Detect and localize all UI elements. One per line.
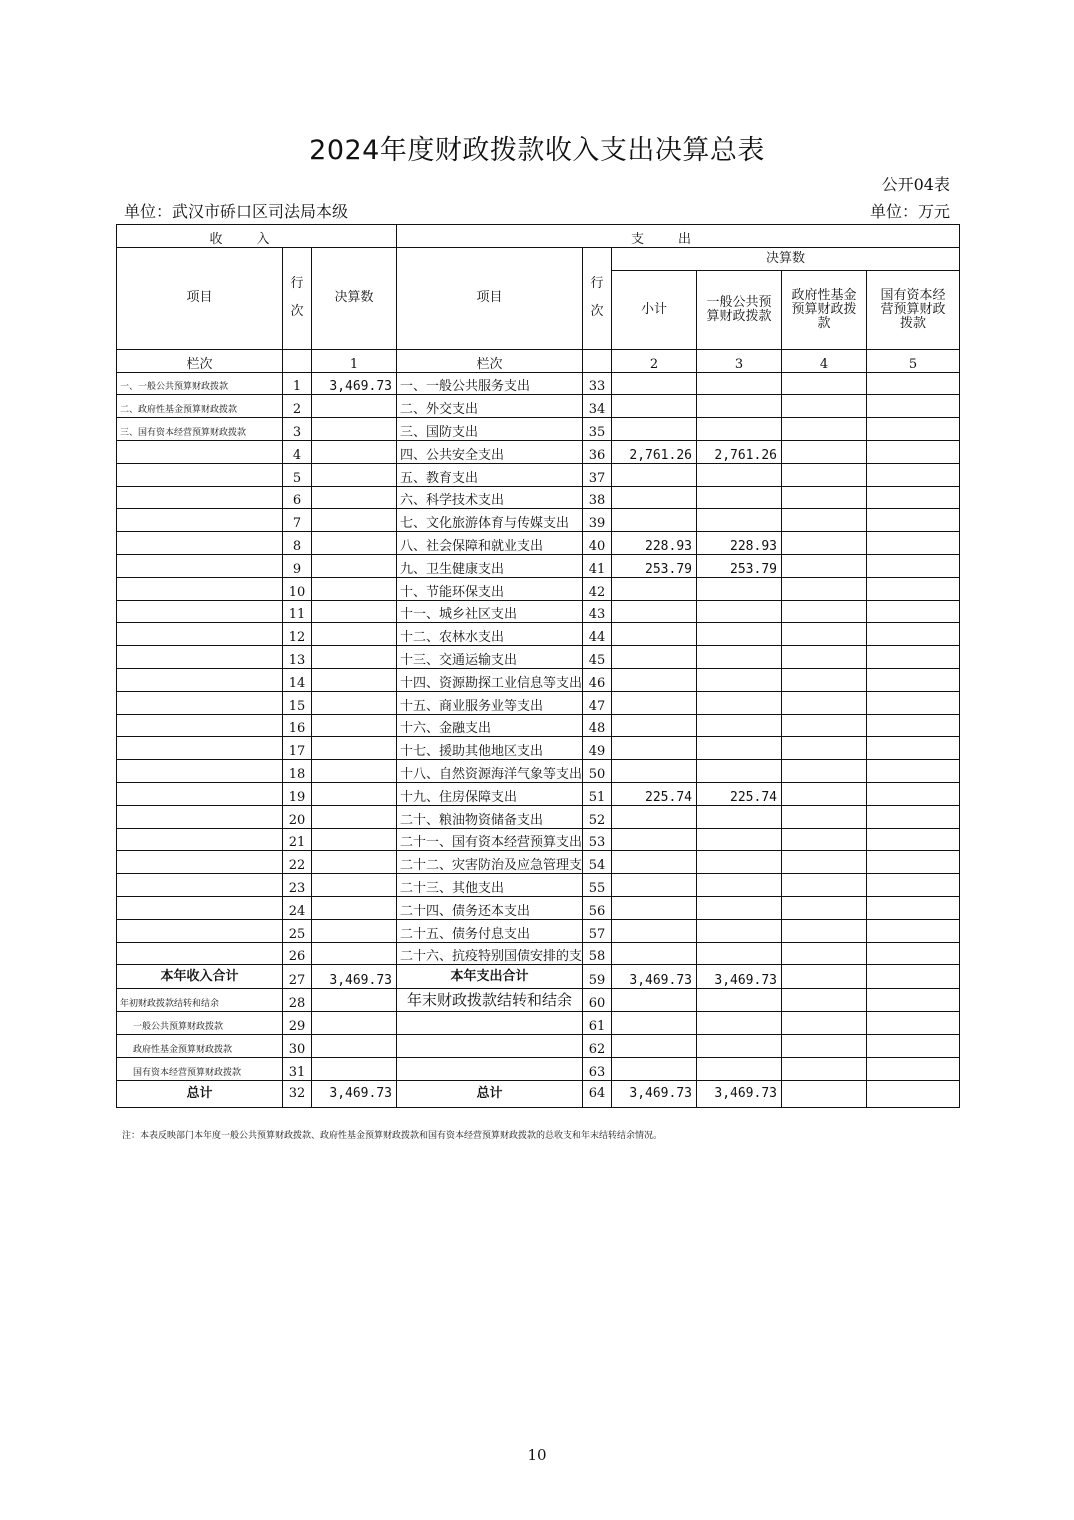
- general-public-cell: [697, 623, 782, 646]
- table-row: 18十八、自然资源海洋气象等支出50: [117, 760, 960, 783]
- income-row-no-cell: 16: [283, 714, 312, 737]
- income-amount-cell: [312, 1034, 397, 1057]
- state-capital-cell: [867, 942, 960, 965]
- expense-item-cell: 二十五、债务付息支出: [397, 919, 583, 942]
- gov-fund-cell: [782, 554, 867, 577]
- gov-fund-cell: [782, 1080, 867, 1107]
- table-row: 5五、教育支出37: [117, 463, 960, 486]
- gov-fund-header: 政府性基金预算财政拨款: [782, 270, 867, 349]
- gov-fund-cell: [782, 828, 867, 851]
- gov-fund-cell: [782, 942, 867, 965]
- income-row-no-cell: 13: [283, 646, 312, 669]
- table-row: 7七、文化旅游体育与传媒支出39: [117, 509, 960, 532]
- general-public-cell: [697, 874, 782, 897]
- general-public-cell: 228.93: [697, 532, 782, 555]
- income-row-no-cell: 30: [283, 1034, 312, 1057]
- table-row: 一、一般公共预算财政拨款13,469.73一、一般公共服务支出33: [117, 372, 960, 395]
- income-row-no-cell: 2: [283, 395, 312, 418]
- income-row-no-cell: 6: [283, 486, 312, 509]
- general-public-cell: [697, 1057, 782, 1080]
- state-capital-cell: [867, 509, 960, 532]
- expense-item-cell: 二十三、其他支出: [397, 874, 583, 897]
- state-capital-cell: [867, 965, 960, 989]
- table-row: 总计323,469.73总计643,469.733,469.73: [117, 1080, 960, 1107]
- expense-row-no-cell: 58: [583, 942, 612, 965]
- subtotal-cell: [612, 395, 697, 418]
- income-row-no-cell: 23: [283, 874, 312, 897]
- expense-row-no-cell: 43: [583, 600, 612, 623]
- expense-row-no-cell: 35: [583, 418, 612, 441]
- income-item-cell: [117, 851, 283, 874]
- income-item-cell: 一、一般公共预算财政拨款: [117, 372, 283, 395]
- expense-row-no-cell: 48: [583, 714, 612, 737]
- general-public-cell: [697, 668, 782, 691]
- income-row-no-cell: 7: [283, 509, 312, 532]
- expense-row-no-cell: 38: [583, 486, 612, 509]
- table-row: 19十九、住房保障支出51225.74225.74: [117, 782, 960, 805]
- gov-fund-cell: [782, 486, 867, 509]
- income-item-cell: [117, 577, 283, 600]
- expense-row-no-cell: 62: [583, 1034, 612, 1057]
- income-row-no-cell: 22: [283, 851, 312, 874]
- income-section-header: 收入: [117, 225, 397, 248]
- income-item-cell: [117, 919, 283, 942]
- income-amount-cell: [312, 782, 397, 805]
- subtotal-cell: [612, 942, 697, 965]
- state-capital-cell: [867, 989, 960, 1012]
- income-amount-cell: [312, 737, 397, 760]
- general-public-cell: [697, 805, 782, 828]
- subtotal-cell: [612, 989, 697, 1012]
- expense-row-no-cell: 64: [583, 1080, 612, 1107]
- expense-item-cell: 七、文化旅游体育与传媒支出: [397, 509, 583, 532]
- general-public-cell: [697, 577, 782, 600]
- general-public-cell: [697, 942, 782, 965]
- expense-item-cell: [397, 1057, 583, 1080]
- expense-item-cell: 年末财政拨款结转和结余: [397, 989, 583, 1012]
- column-label: 栏次: [117, 349, 283, 372]
- subtotal-cell: [612, 1057, 697, 1080]
- income-item-cell: [117, 782, 283, 805]
- expense-row-no-cell: 60: [583, 989, 612, 1012]
- subtotal-cell: [612, 486, 697, 509]
- table-row: 11十一、城乡社区支出43: [117, 600, 960, 623]
- subtotal-cell: [612, 668, 697, 691]
- table-row: 14十四、资源勘探工业信息等支出46: [117, 668, 960, 691]
- expense-item-cell: 十三、交通运输支出: [397, 646, 583, 669]
- subtotal-cell: 225.74: [612, 782, 697, 805]
- table-row: 24二十四、债务还本支出56: [117, 896, 960, 919]
- income-amount-cell: [312, 486, 397, 509]
- column-number: 4: [782, 349, 867, 372]
- income-item-cell: [117, 760, 283, 783]
- gov-fund-cell: [782, 532, 867, 555]
- income-item-cell: [117, 509, 283, 532]
- income-amount-cell: [312, 942, 397, 965]
- expense-item-cell: 四、公共安全支出: [397, 440, 583, 463]
- subtotal-cell: [612, 919, 697, 942]
- expense-row-no-cell: 34: [583, 395, 612, 418]
- expense-row-no-cell: 37: [583, 463, 612, 486]
- general-public-cell: [697, 509, 782, 532]
- subtotal-cell: [612, 805, 697, 828]
- expense-row-no-cell: 61: [583, 1012, 612, 1035]
- income-item-cell: 政府性基金预算财政拨款: [117, 1034, 283, 1057]
- expense-item-cell: 九、卫生健康支出: [397, 554, 583, 577]
- expense-row-no-cell: 50: [583, 760, 612, 783]
- general-public-cell: [697, 737, 782, 760]
- expense-item-cell: 二、外交支出: [397, 395, 583, 418]
- expense-item-cell: 二十四、债务还本支出: [397, 896, 583, 919]
- gov-fund-cell: [782, 509, 867, 532]
- expense-row-no-cell: 36: [583, 440, 612, 463]
- income-row-no-cell: 24: [283, 896, 312, 919]
- state-capital-cell: [867, 1012, 960, 1035]
- table-note: 注：本表反映部门本年度一般公共预算财政拨款、政府性基金预算财政拨款和国有资本经营…: [122, 1128, 662, 1141]
- expense-row-no-cell: 51: [583, 782, 612, 805]
- general-public-cell: [697, 1012, 782, 1035]
- state-capital-cell: [867, 646, 960, 669]
- table-row: 20二十、粮油物资储备支出52: [117, 805, 960, 828]
- state-capital-cell: [867, 372, 960, 395]
- subtotal-cell: [612, 691, 697, 714]
- general-public-cell: 2,761.26: [697, 440, 782, 463]
- income-amount-cell: [312, 623, 397, 646]
- expense-item-cell: 十九、住房保障支出: [397, 782, 583, 805]
- income-item-cell: [117, 737, 283, 760]
- income-amount-cell: [312, 989, 397, 1012]
- state-capital-cell: [867, 440, 960, 463]
- general-public-cell: [697, 418, 782, 441]
- expense-item-cell: 三、国防支出: [397, 418, 583, 441]
- expense-row-no-cell: 59: [583, 965, 612, 989]
- gov-fund-cell: [782, 1034, 867, 1057]
- expense-row-no-header: 行次: [583, 247, 612, 349]
- state-capital-cell: [867, 463, 960, 486]
- gov-fund-cell: [782, 782, 867, 805]
- subtotal-cell: [612, 600, 697, 623]
- general-public-cell: [697, 828, 782, 851]
- income-amount-cell: 3,469.73: [312, 965, 397, 989]
- state-capital-cell: [867, 737, 960, 760]
- state-capital-cell: [867, 395, 960, 418]
- subtotal-cell: [612, 418, 697, 441]
- gov-fund-cell: [782, 1057, 867, 1080]
- income-item-cell: [117, 532, 283, 555]
- column-label: 栏次: [397, 349, 583, 372]
- income-amount-cell: [312, 760, 397, 783]
- income-amount-cell: [312, 851, 397, 874]
- subtotal-cell: [612, 1034, 697, 1057]
- general-public-cell: [697, 896, 782, 919]
- income-row-no-cell: 27: [283, 965, 312, 989]
- state-capital-cell: [867, 532, 960, 555]
- expense-item-cell: 十一、城乡社区支出: [397, 600, 583, 623]
- expense-row-no-cell: 55: [583, 874, 612, 897]
- table-row: 6六、科学技术支出38: [117, 486, 960, 509]
- income-row-no-cell: 21: [283, 828, 312, 851]
- expense-row-no-cell: 53: [583, 828, 612, 851]
- gov-fund-cell: [782, 668, 867, 691]
- expense-item-cell: 本年支出合计: [397, 965, 583, 989]
- income-row-no-cell: 29: [283, 1012, 312, 1035]
- column-number: 5: [867, 349, 960, 372]
- state-capital-cell: [867, 1080, 960, 1107]
- subtotal-cell: [612, 372, 697, 395]
- general-public-cell: [697, 372, 782, 395]
- state-capital-cell: [867, 486, 960, 509]
- income-amount-cell: 3,469.73: [312, 372, 397, 395]
- income-amount-header: 决算数: [312, 247, 397, 349]
- income-amount-cell: [312, 577, 397, 600]
- income-row-no-cell: 28: [283, 989, 312, 1012]
- gov-fund-cell: [782, 874, 867, 897]
- subtotal-cell: [612, 623, 697, 646]
- subtotal-cell: [612, 577, 697, 600]
- income-item-cell: 年初财政拨款结转和结余: [117, 989, 283, 1012]
- income-amount-cell: [312, 874, 397, 897]
- income-amount-cell: [312, 646, 397, 669]
- expense-row-no-cell: 47: [583, 691, 612, 714]
- state-capital-cell: [867, 782, 960, 805]
- table-row: 16十六、金融支出48: [117, 714, 960, 737]
- expense-row-no-cell: 40: [583, 532, 612, 555]
- gov-fund-cell: [782, 965, 867, 989]
- expense-item-cell: 八、社会保障和就业支出: [397, 532, 583, 555]
- expense-row-no-cell: 49: [583, 737, 612, 760]
- reporting-unit: 单位：武汉市硚口区司法局本级: [124, 199, 348, 222]
- table-row: 12十二、农林水支出44: [117, 623, 960, 646]
- state-capital-cell: [867, 1057, 960, 1080]
- income-item-cell: [117, 463, 283, 486]
- income-row-no-cell: 10: [283, 577, 312, 600]
- expense-item-cell: 十五、商业服务业等支出: [397, 691, 583, 714]
- income-item-header: 项目: [117, 247, 283, 349]
- income-amount-cell: [312, 828, 397, 851]
- expense-row-no-cell: 57: [583, 919, 612, 942]
- state-capital-cell: [867, 691, 960, 714]
- subtotal-cell: [612, 714, 697, 737]
- income-item-cell: [117, 691, 283, 714]
- expense-item-cell: 五、教育支出: [397, 463, 583, 486]
- expense-row-no-cell: 56: [583, 896, 612, 919]
- subtotal-cell: [612, 1012, 697, 1035]
- income-item-cell: [117, 554, 283, 577]
- income-row-no-cell: 18: [283, 760, 312, 783]
- table-row: 4四、公共安全支出362,761.262,761.26: [117, 440, 960, 463]
- income-amount-cell: [312, 440, 397, 463]
- table-row: 国有资本经营预算财政拨款3163: [117, 1057, 960, 1080]
- income-item-cell: [117, 668, 283, 691]
- empty-cell: [583, 349, 612, 372]
- subtotal-cell: [612, 737, 697, 760]
- income-amount-cell: [312, 919, 397, 942]
- income-row-no-cell: 12: [283, 623, 312, 646]
- income-amount-cell: [312, 805, 397, 828]
- general-public-cell: [697, 714, 782, 737]
- expense-row-no-cell: 52: [583, 805, 612, 828]
- state-capital-cell: [867, 760, 960, 783]
- gov-fund-cell: [782, 714, 867, 737]
- subtotal-cell: 228.93: [612, 532, 697, 555]
- general-public-cell: [697, 395, 782, 418]
- expense-item-cell: 十、节能环保支出: [397, 577, 583, 600]
- income-row-no-cell: 32: [283, 1080, 312, 1107]
- table-row: 8八、社会保障和就业支出40228.93228.93: [117, 532, 960, 555]
- general-public-cell: 253.79: [697, 554, 782, 577]
- table-row: 政府性基金预算财政拨款3062: [117, 1034, 960, 1057]
- subtotal-cell: [612, 463, 697, 486]
- general-public-cell: [697, 600, 782, 623]
- income-amount-cell: [312, 395, 397, 418]
- gov-fund-cell: [782, 418, 867, 441]
- income-amount-cell: [312, 714, 397, 737]
- general-public-cell: [697, 691, 782, 714]
- state-capital-cell: [867, 600, 960, 623]
- general-public-cell: [697, 486, 782, 509]
- income-row-no-cell: 20: [283, 805, 312, 828]
- income-amount-cell: [312, 463, 397, 486]
- column-number: 2: [612, 349, 697, 372]
- income-row-no-cell: 19: [283, 782, 312, 805]
- state-capital-cell: [867, 896, 960, 919]
- state-capital-cell: [867, 919, 960, 942]
- expense-row-no-cell: 45: [583, 646, 612, 669]
- state-capital-cell: [867, 577, 960, 600]
- income-item-cell: 二、政府性基金预算财政拨款: [117, 395, 283, 418]
- state-capital-cell: [867, 828, 960, 851]
- table-row: 22二十二、灾害防治及应急管理支出54: [117, 851, 960, 874]
- income-amount-cell: [312, 554, 397, 577]
- gov-fund-cell: [782, 691, 867, 714]
- income-row-no-cell: 15: [283, 691, 312, 714]
- subtotal-cell: 2,761.26: [612, 440, 697, 463]
- expense-item-cell: 十八、自然资源海洋气象等支出: [397, 760, 583, 783]
- subtotal-cell: [612, 896, 697, 919]
- income-row-no-cell: 8: [283, 532, 312, 555]
- gov-fund-cell: [782, 577, 867, 600]
- page-title: 2024年度财政拨款收入支出决算总表: [0, 128, 1074, 167]
- general-public-cell: [697, 989, 782, 1012]
- general-public-cell: 3,469.73: [697, 965, 782, 989]
- income-item-cell: [117, 440, 283, 463]
- expense-item-cell: 总计: [397, 1080, 583, 1107]
- income-item-cell: [117, 896, 283, 919]
- state-capital-cell: [867, 1034, 960, 1057]
- state-capital-cell: [867, 418, 960, 441]
- state-capital-header: 国有资本经营预算财政拨款: [867, 270, 960, 349]
- income-amount-cell: [312, 532, 397, 555]
- income-amount-cell: [312, 896, 397, 919]
- income-row-no-cell: 9: [283, 554, 312, 577]
- gov-fund-cell: [782, 760, 867, 783]
- income-item-cell: 三、国有资本经营预算财政拨款: [117, 418, 283, 441]
- table-row: 9九、卫生健康支出41253.79253.79: [117, 554, 960, 577]
- expense-item-cell: [397, 1012, 583, 1035]
- income-row-no-cell: 25: [283, 919, 312, 942]
- table-row: 23二十三、其他支出55: [117, 874, 960, 897]
- expense-row-no-cell: 44: [583, 623, 612, 646]
- subtotal-cell: [612, 760, 697, 783]
- gov-fund-cell: [782, 737, 867, 760]
- income-item-cell: 总计: [117, 1080, 283, 1107]
- subtotal-cell: 3,469.73: [612, 1080, 697, 1107]
- expense-row-no-cell: 54: [583, 851, 612, 874]
- expense-item-cell: [397, 1034, 583, 1057]
- expense-amount-header: 决算数: [612, 247, 960, 270]
- income-item-cell: 一般公共预算财政拨款: [117, 1012, 283, 1035]
- state-capital-cell: [867, 668, 960, 691]
- expense-item-cell: 十七、援助其他地区支出: [397, 737, 583, 760]
- table-row: 年初财政拨款结转和结余28年末财政拨款结转和结余60: [117, 989, 960, 1012]
- income-item-cell: [117, 828, 283, 851]
- gov-fund-cell: [782, 463, 867, 486]
- state-capital-cell: [867, 851, 960, 874]
- expense-section-header: 支出: [397, 225, 960, 248]
- gov-fund-cell: [782, 395, 867, 418]
- expense-item-header: 项目: [397, 247, 583, 349]
- table-row: 13十三、交通运输支出45: [117, 646, 960, 669]
- income-item-cell: 国有资本经营预算财政拨款: [117, 1057, 283, 1080]
- table-row: 本年收入合计273,469.73本年支出合计593,469.733,469.73: [117, 965, 960, 989]
- income-item-cell: [117, 805, 283, 828]
- income-amount-cell: [312, 1057, 397, 1080]
- budget-summary-table: 收入 支出 项目 行次 决算数 项目 行次 决算数 小计 一般公共预算财政拨款 …: [116, 224, 960, 1108]
- expense-row-no-cell: 41: [583, 554, 612, 577]
- expense-row-no-cell: 39: [583, 509, 612, 532]
- general-public-cell: [697, 851, 782, 874]
- table-row: 三、国有资本经营预算财政拨款3三、国防支出35: [117, 418, 960, 441]
- gov-fund-cell: [782, 805, 867, 828]
- income-row-no-cell: 1: [283, 372, 312, 395]
- general-public-cell: [697, 919, 782, 942]
- gov-fund-cell: [782, 440, 867, 463]
- table-row: 21二十一、国有资本经营预算支出53: [117, 828, 960, 851]
- subtotal-cell: [612, 851, 697, 874]
- income-item-cell: [117, 646, 283, 669]
- expense-item-cell: 二十二、灾害防治及应急管理支出: [397, 851, 583, 874]
- gov-fund-cell: [782, 989, 867, 1012]
- income-amount-cell: 3,469.73: [312, 1080, 397, 1107]
- expense-item-cell: 二十六、抗疫特别国债安排的支出: [397, 942, 583, 965]
- currency-unit: 单位：万元: [870, 199, 950, 222]
- table-row: 10十、节能环保支出42: [117, 577, 960, 600]
- general-public-cell: 3,469.73: [697, 1080, 782, 1107]
- table-row: 25二十五、债务付息支出57: [117, 919, 960, 942]
- expense-row-no-cell: 42: [583, 577, 612, 600]
- expense-item-cell: 一、一般公共服务支出: [397, 372, 583, 395]
- subtotal-cell: [612, 509, 697, 532]
- income-row-no-cell: 11: [283, 600, 312, 623]
- income-amount-cell: [312, 668, 397, 691]
- gov-fund-cell: [782, 372, 867, 395]
- expense-row-no-cell: 63: [583, 1057, 612, 1080]
- gov-fund-cell: [782, 851, 867, 874]
- expense-row-no-cell: 33: [583, 372, 612, 395]
- subtotal-cell: [612, 828, 697, 851]
- income-item-cell: 本年收入合计: [117, 965, 283, 989]
- income-item-cell: [117, 714, 283, 737]
- income-amount-cell: [312, 418, 397, 441]
- income-item-cell: [117, 942, 283, 965]
- expense-item-cell: 十六、金融支出: [397, 714, 583, 737]
- column-number: 1: [312, 349, 397, 372]
- income-row-no-header: 行次: [283, 247, 312, 349]
- general-public-cell: [697, 463, 782, 486]
- general-public-cell: [697, 646, 782, 669]
- state-capital-cell: [867, 554, 960, 577]
- empty-cell: [283, 349, 312, 372]
